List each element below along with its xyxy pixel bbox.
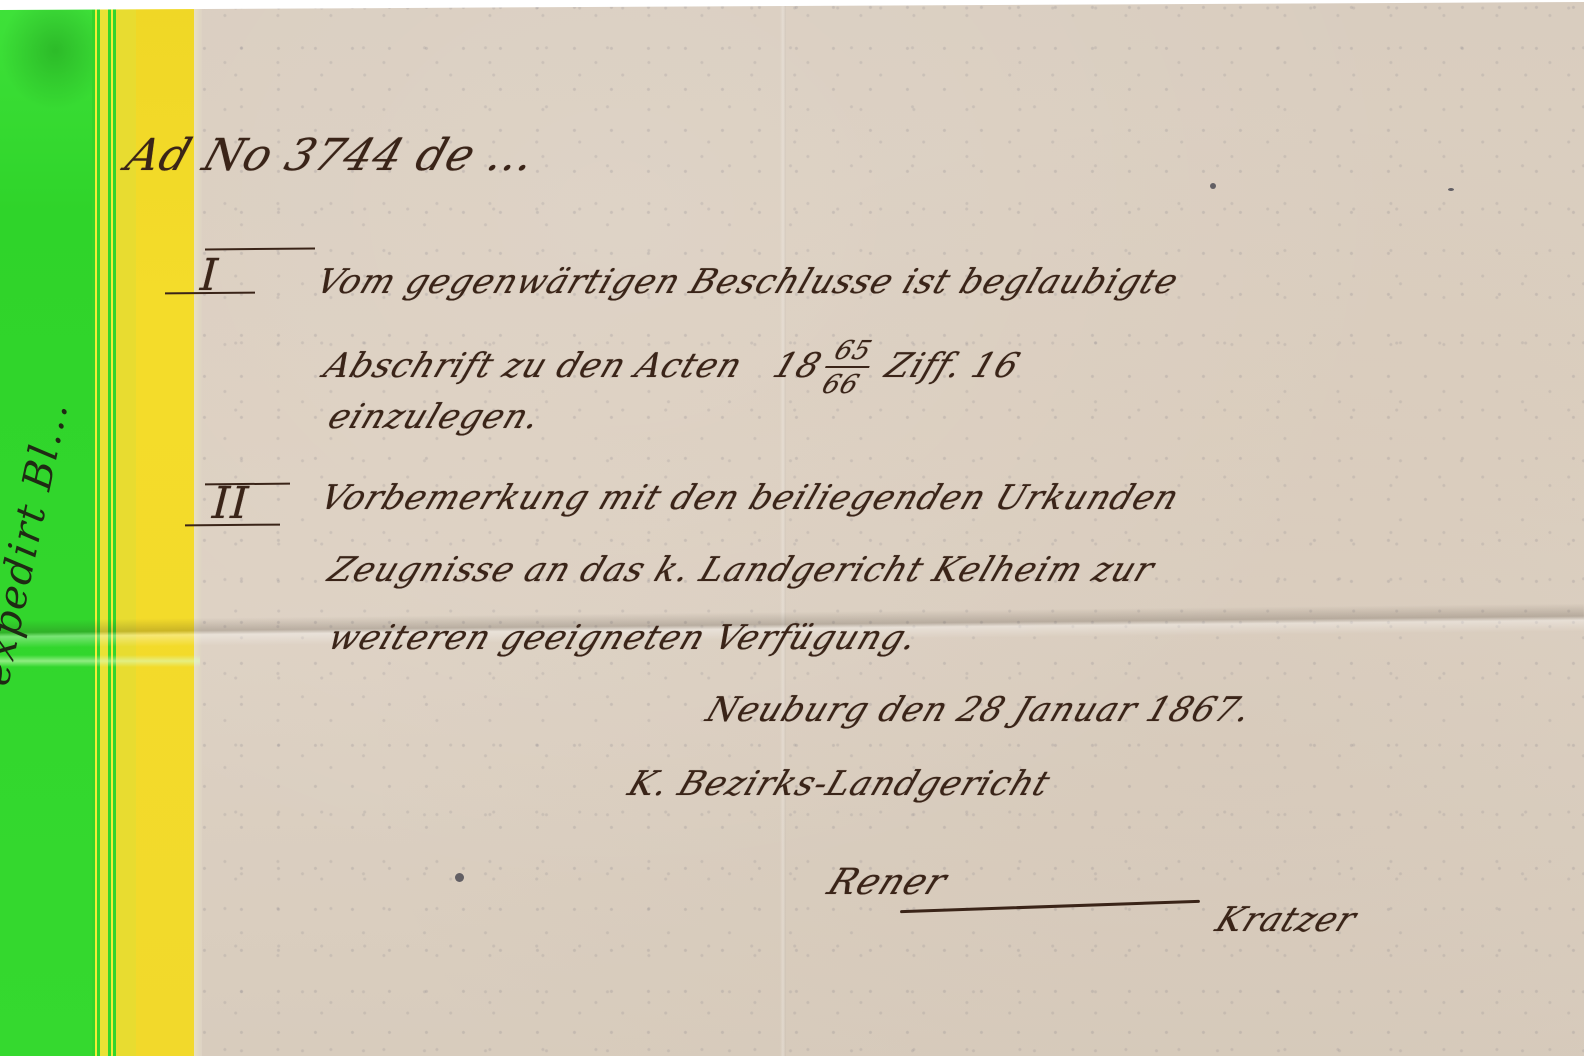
section-2-line-3: weiteren geeigneten Verfügung. [323, 618, 924, 658]
scanned-document: Ad No 3744 de ... I Vom gegenwärtigen Be… [0, 0, 1584, 1056]
signature-secondary: Kratzer [1210, 900, 1363, 940]
section-2-line-1: Vorbemerkung mit den beiliegenden Urkund… [315, 478, 1185, 518]
year-denominator: 66 [819, 368, 865, 398]
year-numerator: 65 [825, 338, 879, 368]
vertical-fold-line [780, 0, 786, 1056]
ziffer-reference: Ziff. 16 [880, 346, 1026, 386]
section-1-line-2: Abschrift zu den Acten 186566 Ziff. 16 [314, 338, 1029, 398]
document-heading: Ad No 3744 de ... [120, 130, 543, 181]
issuing-office: K. Bezirks-Landgericht [623, 764, 1056, 804]
section-2-line-2: Zeugnisse an das k. Landgericht Kelheim … [323, 550, 1160, 590]
year-prefix: 18 [768, 346, 828, 386]
section-1-line-2-text: Abschrift zu den Acten [318, 346, 748, 386]
ink-speck [1448, 188, 1454, 191]
place-and-date: Neuburg den 28 Januar 1867. [701, 690, 1258, 730]
horizontal-fold-highlight [0, 655, 200, 667]
ink-speck [455, 873, 464, 882]
section-1-line-1: Vom gegenwärtigen Beschlusse ist beglaub… [311, 262, 1185, 302]
section-1-line-3: einzulegen. [323, 397, 547, 437]
ink-speck [1210, 183, 1216, 189]
signature-primary: Rener [822, 862, 954, 903]
